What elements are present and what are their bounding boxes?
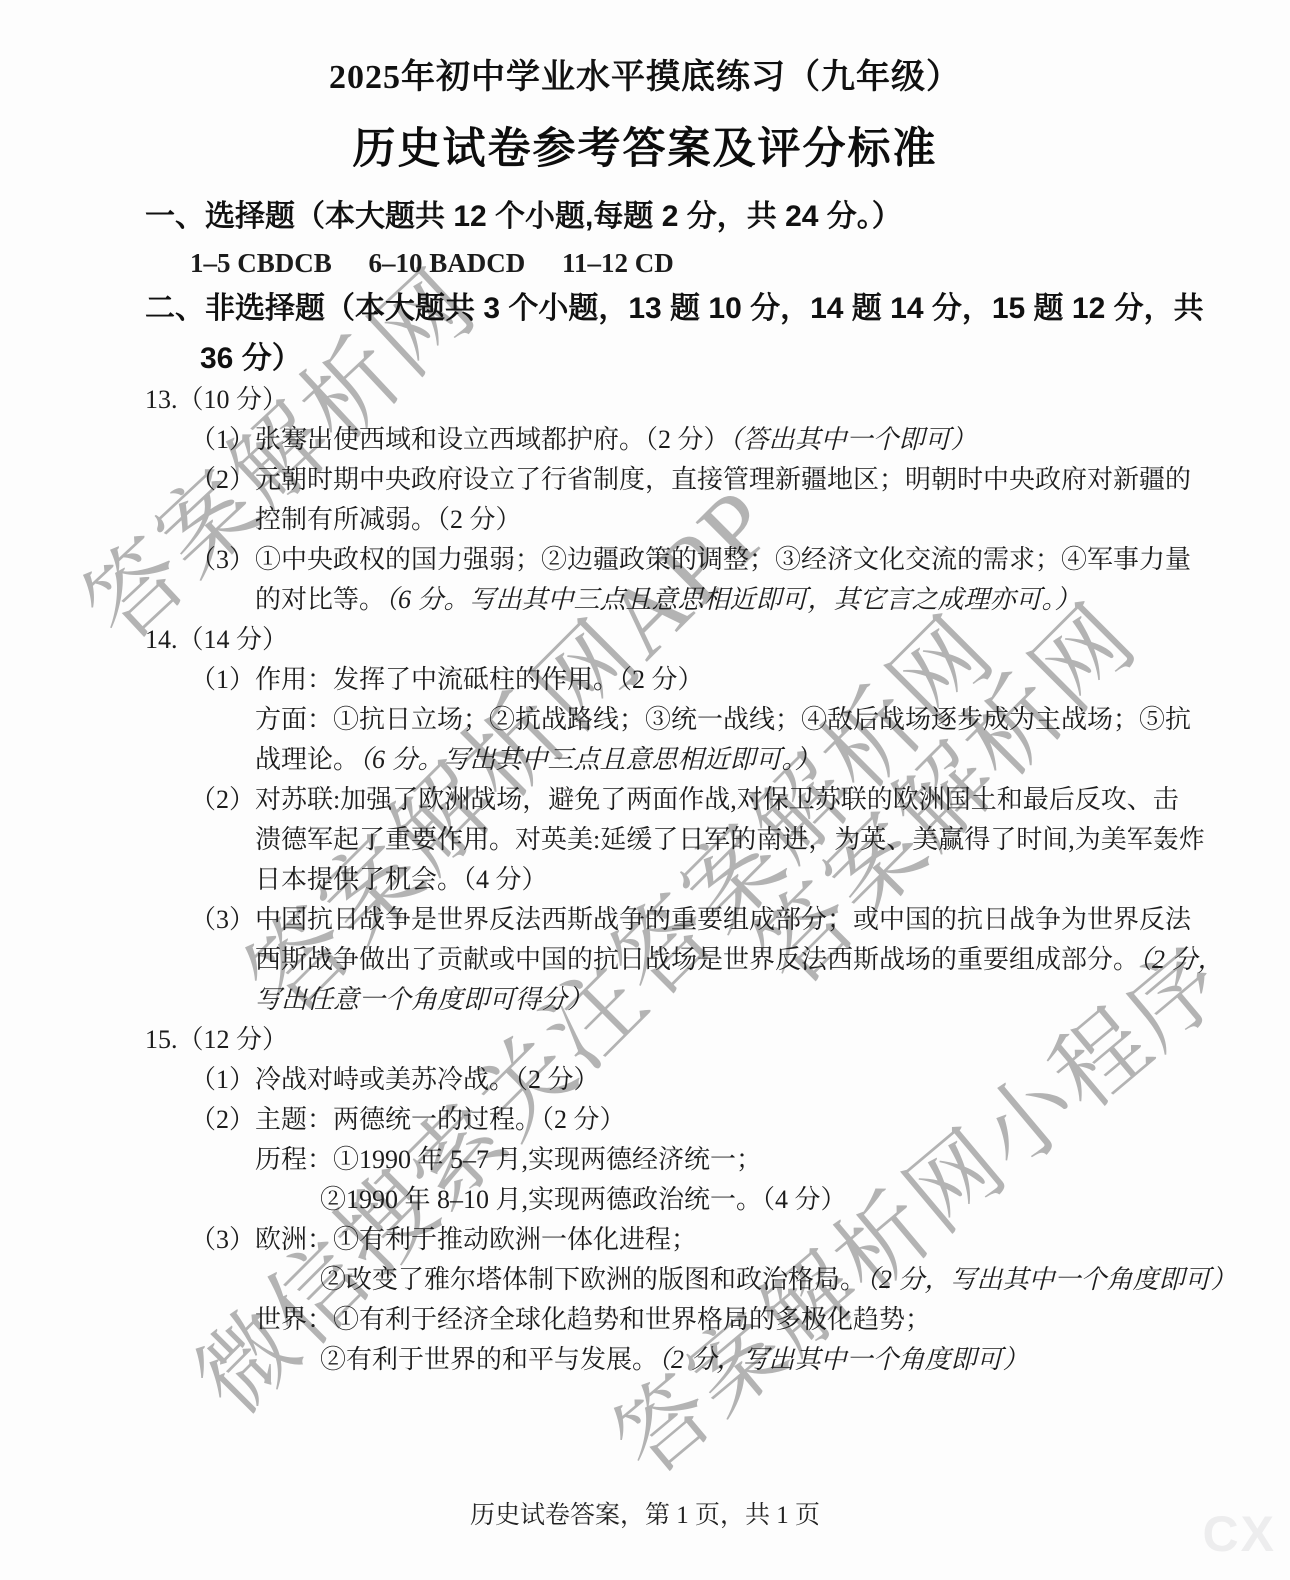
q13-answer-1: （1）张骞出使西域和设立西域都护府。（2 分）（答出其中一个即可） <box>190 420 1290 460</box>
q14-answer-3-note-start: （2 分， <box>1139 945 1224 974</box>
q13-answer-3-line1: （3）①中央政权的国力强弱；②边疆政策的调整；③经济文化交流的需求；④军事力量 <box>190 540 1290 580</box>
q13-answer-2-line2: 控制有所减弱。（2 分） <box>255 500 1290 540</box>
q14-answer-2-line1: （2）对苏联:加强了欧洲战场，避免了两面作战,对保卫苏联的欧洲国土和最后反攻、击 <box>190 780 1290 820</box>
q15-answer-3-line3: 世界：①有利于经济全球化趋势和世界格局的多极化趋势； <box>255 1300 1290 1340</box>
q13-answer-3-note: （6 分。写出其中三点且意思相近即可，其它言之成理亦可。） <box>385 585 1081 614</box>
section1-heading: 一、选择题（本大题共 12 个小题,每题 2 分，共 24 分。） <box>145 196 1290 238</box>
q15-answer-3-line4: ②有利于世界的和平与发展。（2 分，写出其中一个角度即可） <box>320 1340 1290 1380</box>
q15-answer-3-line2-text: ②改变了雅尔塔体制下欧洲的版图和政治格局。 <box>320 1265 866 1294</box>
corner-mark: CX <box>1203 1505 1276 1563</box>
q15-answer-2-line1: （2）主题：两德统一的过程。（2 分） <box>190 1100 1290 1140</box>
answer-key-title: 历史试卷参考答案及评分标准 <box>0 122 1290 178</box>
q14-number: 14.（14 分） <box>145 620 1290 660</box>
exam-answer-sheet-page: 答案解析网 答案解析网APP 答案解析网 微信搜索关注答案解析网 答案解析网小程… <box>0 0 1290 1580</box>
q15-number: 15.（12 分） <box>145 1020 1290 1060</box>
q14-answer-3-line2: 西斯战争做出了贡献或中国的抗日战场是世界反法西斯战场的重要组成部分。（2 分， <box>255 940 1290 980</box>
q14-answer-1-line3-text: 战理论。 <box>255 745 359 774</box>
q15-answer-3-line4-note: （2 分，写出其中一个角度即可） <box>658 1345 1029 1374</box>
section2-heading-line1: 二、非选择题（本大题共 3 个小题，13 题 10 分，14 题 14 分，15… <box>145 288 1290 330</box>
q13-answer-1-text: （1）张骞出使西域和设立西域都护府。（2 分） <box>190 425 730 454</box>
q13-answer-1-note: （答出其中一个即可） <box>730 425 977 454</box>
q14-answer-1-line2: 方面：①抗日立场；②抗战路线；③统一战线；④敌后战场逐步成为主战场；⑤抗 <box>255 700 1290 740</box>
choice-answers-6-10: 6–10 BADCD <box>369 248 526 278</box>
choice-answers-line: 1–5 CBDCB 6–10 BADCD 11–12 CD <box>190 243 1290 283</box>
document-content: 2025年初中学业水平摸底练习（九年级） 历史试卷参考答案及评分标准 一、选择题… <box>0 0 1290 1380</box>
q15-answer-3-line2: ②改变了雅尔塔体制下欧洲的版图和政治格局。（2 分，写出其中一个角度即可） <box>320 1260 1290 1300</box>
q13-answer-3-line2-text: 的对比等。 <box>255 585 385 614</box>
q14-answer-3-line1: （3）中国抗日战争是世界反法西斯战争的重要组成部分；或中国的抗日战争为世界反法 <box>190 900 1290 940</box>
section2-heading-line2: 36 分） <box>200 338 1290 380</box>
q14-answer-3-note-end: 写出任意一个角度即可得分） <box>255 980 1290 1020</box>
q14-answer-1-line1: （1）作用：发挥了中流砥柱的作用。（2 分） <box>190 660 1290 700</box>
q14-answer-3-line2-text: 西斯战争做出了贡献或中国的抗日战场是世界反法西斯战场的重要组成部分。 <box>255 945 1139 974</box>
q15-answer-1: （1）冷战对峙或美苏冷战。（2 分） <box>190 1060 1290 1100</box>
exam-title: 2025年初中学业水平摸底练习（九年级） <box>0 56 1290 100</box>
page-footer: 历史试卷答案，第 1 页，共 1 页 <box>0 1498 1290 1534</box>
q13-answer-3-line2: 的对比等。（6 分。写出其中三点且意思相近即可，其它言之成理亦可。） <box>255 580 1290 620</box>
choice-answers-1-5: 1–5 CBDCB <box>190 248 332 278</box>
choice-answers-11-12: 11–12 CD <box>562 248 674 278</box>
q15-answer-2-line3: ②1990 年 8–10 月,实现两德政治统一。（4 分） <box>320 1180 1290 1220</box>
q15-answer-3-line1: （3）欧洲：①有利于推动欧洲一体化进程； <box>190 1220 1290 1260</box>
q13-number: 13.（10 分） <box>145 380 1290 420</box>
q15-answer-3-line2-note: （2 分，写出其中一个角度即可） <box>866 1265 1237 1294</box>
q14-answer-2-line3: 日本提供了机会。（4 分） <box>255 860 1290 900</box>
q15-answer-2-line2: 历程：①1990 年 5–7 月,实现两德经济统一； <box>255 1140 1290 1180</box>
q15-answer-3-line4-text: ②有利于世界的和平与发展。 <box>320 1345 658 1374</box>
q14-answer-1-note: （6 分。写出其中三点且意思相近即可。） <box>359 745 821 774</box>
q14-answer-1-line3: 战理论。（6 分。写出其中三点且意思相近即可。） <box>255 740 1290 780</box>
q13-answer-2-line1: （2）元朝时期中央政府设立了行省制度，直接管理新疆地区；明朝时中央政府对新疆的 <box>190 460 1290 500</box>
q14-answer-2-line2: 溃德军起了重要作用。对英美:延缓了日军的南进，为英、美赢得了时间,为美军轰炸 <box>255 820 1290 860</box>
